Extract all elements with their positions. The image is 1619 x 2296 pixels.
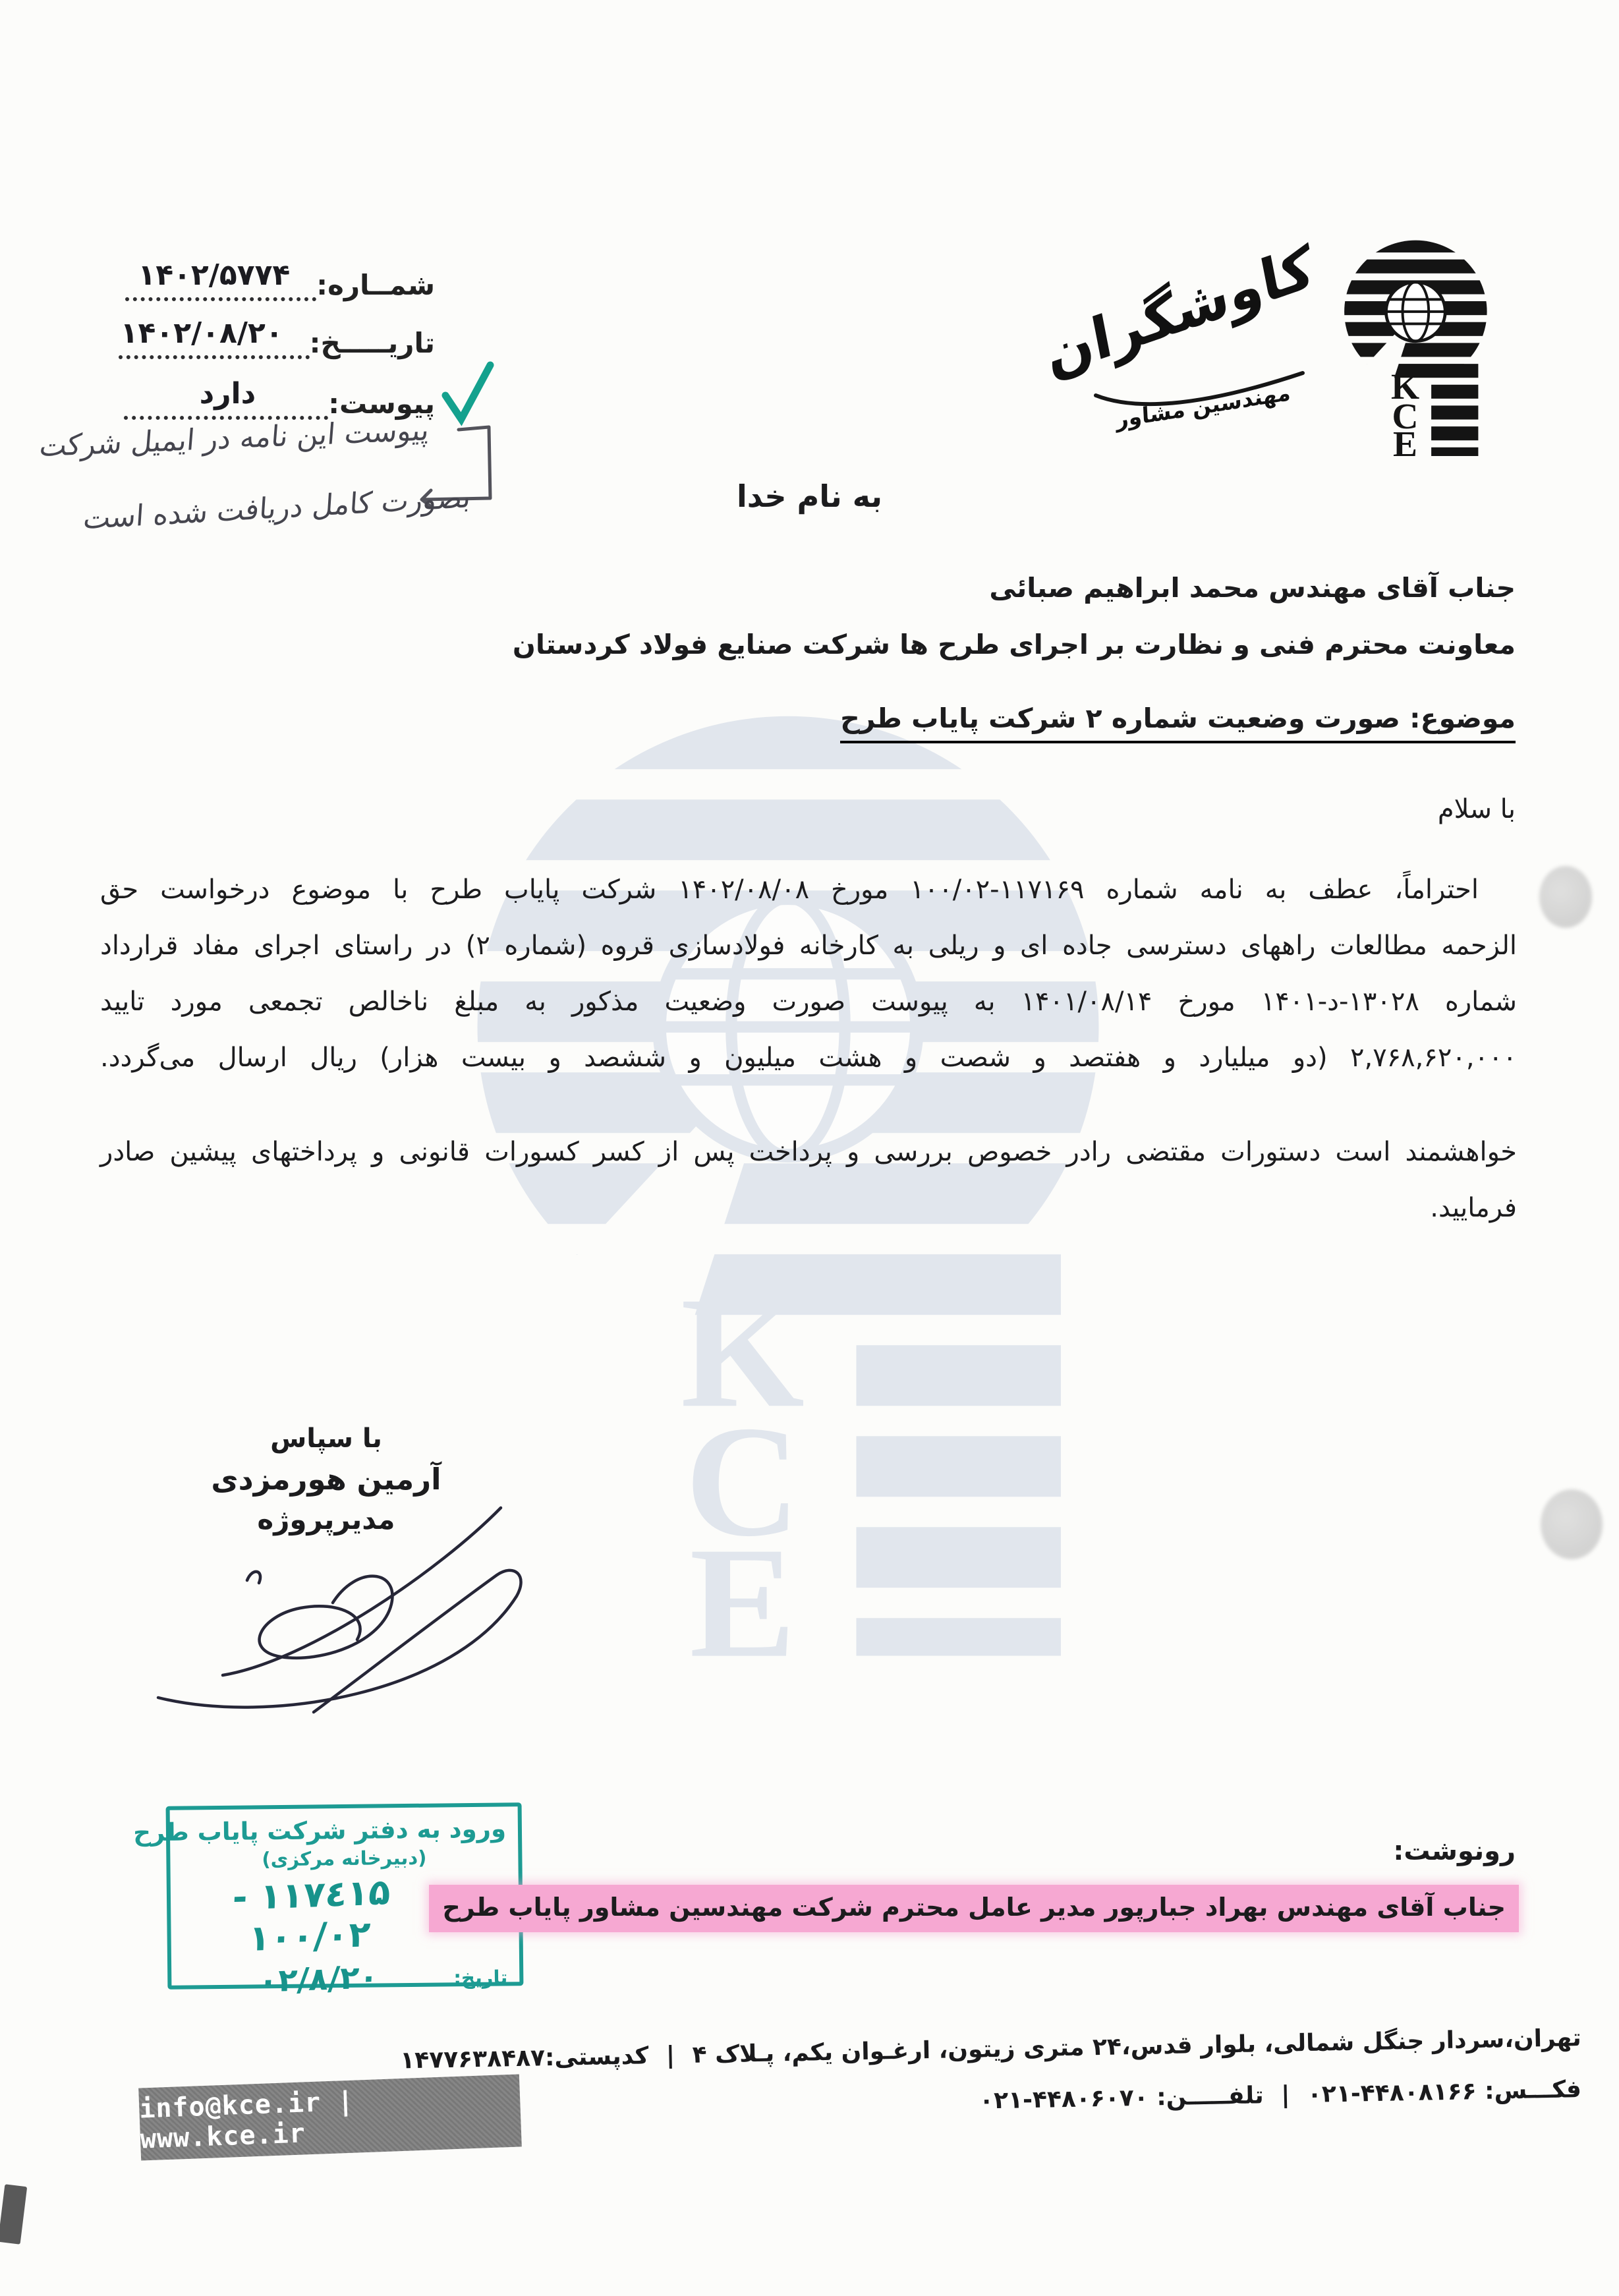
body-paragraph-1: احتراماً، عطف به نامه شماره ۱۱۷۱۶۹-۱۰۰/۰… xyxy=(100,862,1517,1086)
letter-attachment-dotted-line: دارد xyxy=(124,409,328,420)
stamp-date-value: ۰۲/۸/۲۰ xyxy=(183,1956,455,2003)
scan-blob-artifact xyxy=(1541,1489,1603,1559)
footer-email-web: info@kce.ir | www.kce.ir xyxy=(139,2080,522,2154)
letter-number-label: شمــاره: xyxy=(316,269,435,301)
subject-text: موضوع: صورت وضعیت شماره ۲ شرکت پایاب طرح xyxy=(840,703,1516,743)
body-p2-line1: خواهشمند است دستورات مقتضی رادر خصوص برر… xyxy=(100,1124,1517,1180)
stamp-subtitle: (دبیرخانه مرکزی) xyxy=(182,1845,506,1871)
footer-postal-code: ۱۴۷۷۶۳۸۴۸۷ xyxy=(400,2044,545,2074)
footer-tel-label: تلفـــــن: xyxy=(1156,2082,1264,2111)
salutation: با سلام xyxy=(1438,794,1516,824)
recipient-title-line: معاونت محترم فنی و نظارت بر اجرای طرح ها… xyxy=(513,629,1516,660)
scan-blob-artifact xyxy=(1539,866,1592,928)
signatory-name: آرمین هورمزدی xyxy=(155,1462,497,1497)
stamp-number-value: ۱۱۷٤۱۵ - ۱۰۰/۰۲ xyxy=(181,1869,441,1961)
letter-attachment-value: دارد xyxy=(200,377,256,411)
letter-date-dotted-line: ۱۴۰۲/۰۸/۲۰ xyxy=(119,349,310,359)
footer-fax-label: فکـــس: xyxy=(1485,2076,1581,2105)
letter-number-row: شمــاره: ۱۴۰۲/۵۷۷۴ xyxy=(125,269,435,301)
footer-address-line: تهران،سردار جنگل شمالی، بلوار قدس،۲۴ متر… xyxy=(400,2024,1581,2074)
letter-date-row: تاریـــــخ: ۱۴۰۲/۰۸/۲۰ xyxy=(119,327,435,359)
recipient-name-line: جناب آقای مهندس محمد ابراهیم صبائی xyxy=(989,572,1516,604)
letter-date-value: ۱۴۰۲/۰۸/۲۰ xyxy=(121,316,283,350)
stamp-date-row: تاریخ: ۰۲/۸/۲۰ xyxy=(183,1959,508,1999)
footer-tel-number: ۰۲۱-۴۴۸۰۶۰۷۰ xyxy=(979,2084,1149,2115)
footer-phone-line: فکـــس: ۰۲۱-۴۴۸۰۸۱۶۶ | تلفـــــن: ۰۲۱-۴۴… xyxy=(979,2076,1581,2115)
footer-fax-number: ۰۲۱-۴۴۸۰۸۱۶۶ xyxy=(1307,2078,1477,2108)
body-p1-line1: احتراماً، عطف به نامه شماره ۱۱۷۱۶۹-۱۰۰/۰… xyxy=(100,862,1517,918)
stamp-title: ورود به دفتر شرکت پایاب طرح xyxy=(182,1814,506,1846)
body-p2-line2: فرمایید. xyxy=(100,1180,1517,1236)
scan-corner-mark xyxy=(0,2184,27,2244)
footer-divider: | xyxy=(1272,2081,1299,2109)
body-p1-line4: ۲,۷۶۸,۶۲۰,۰۰۰ (دو میلیارد و هفتصد و شصت … xyxy=(100,1030,1517,1086)
scanned-letter-page: K C E شمــاره: ۱۴۰۲/۵۷۷۴ تاریـــــخ: ۱۴۰… xyxy=(0,0,1619,2296)
handwritten-note-line1: پیوست این نامه در ایمیل شرکت xyxy=(38,413,430,463)
signature-closing: با سپاس xyxy=(155,1423,497,1454)
cc-highlight-wrap: جناب آقای مهندس بهراد جبارپور مدیر عامل … xyxy=(429,1893,1519,1922)
letter-number-dotted-line: ۱۴۰۲/۵۷۷۴ xyxy=(125,291,316,301)
footer-divider: | xyxy=(657,2042,685,2069)
footer-email-web-box: info@kce.ir | www.kce.ir xyxy=(138,2074,522,2160)
green-checkmark-icon xyxy=(445,365,490,419)
letter-number-value: ۱۴۰۲/۵۷۷۴ xyxy=(138,258,290,292)
kce-logo-mark xyxy=(1315,239,1520,456)
body-paragraph-2: خواهشمند است دستورات مقتضی رادر خصوص برر… xyxy=(100,1124,1517,1236)
handwritten-signature xyxy=(112,1496,560,1720)
body-p1-line2: الزحمه مطالعات راههای دسترسی جاده ای و ر… xyxy=(100,918,1517,974)
subject-line: موضوع: صورت وضعیت شماره ۲ شرکت پایاب طرح xyxy=(840,703,1516,734)
cc-label: رونوشت: xyxy=(1393,1836,1516,1866)
bismillah-heading: به نام خدا xyxy=(0,478,1619,514)
stamp-date-label: تاریخ: xyxy=(453,1966,507,1989)
footer-address: تهران،سردار جنگل شمالی، بلوار قدس،۲۴ متر… xyxy=(693,2024,1582,2069)
body-p1-line3: شماره ۱۳۰۲۸-د-۱۴۰۱ مورخ ۱۴۰۱/۰۸/۱۴ به پی… xyxy=(100,974,1517,1030)
cc-recipient-highlighted: جناب آقای مهندس بهراد جبارپور مدیر عامل … xyxy=(429,1885,1519,1932)
company-calligraphy-name: کاوشگران xyxy=(1082,233,1319,376)
footer-postal-label: کدپستی: xyxy=(545,2042,649,2071)
